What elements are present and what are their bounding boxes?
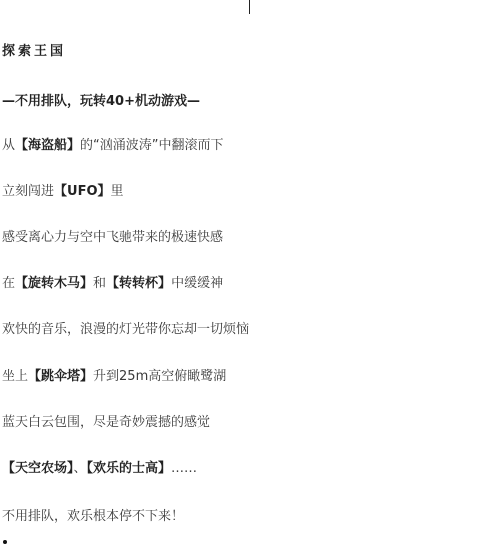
text: 的“汹涌波涛”中翻滚而下	[80, 138, 223, 153]
paragraph-line: 蓝天白云包围，尽是奇妙震撼的感觉	[2, 414, 210, 432]
attraction-name: 【海盗船】	[15, 138, 80, 153]
text: 感受离心力与空中飞驰带来的极速快感	[2, 230, 223, 245]
text-cursor	[249, 0, 250, 14]
text: 中缓缓神	[171, 276, 223, 291]
attraction-name: 【转转杯】	[106, 276, 171, 291]
text: 、	[74, 461, 87, 476]
text: 欢快的音乐，浪漫的灯光带你忘却一切烦恼	[2, 322, 249, 337]
attraction-name: 【旋转木马】	[15, 276, 93, 291]
text: 和	[93, 276, 106, 291]
attraction-name: 【天空农场】	[2, 461, 74, 476]
paragraph-line: 感受离心力与空中飞驰带来的极速快感	[2, 229, 223, 247]
paragraph-line: 从【海盗船】的“汹涌波涛”中翻滚而下	[2, 137, 224, 155]
attraction-name: 【欢乐的士高】	[87, 461, 172, 476]
attraction-name: 【跳伞塔】	[28, 369, 93, 384]
attraction-name: 【UFO】	[54, 184, 111, 199]
paragraph-line: 坐上【跳伞塔】升到25m高空俯瞰鹭湖	[2, 368, 226, 386]
bullet-point-icon	[3, 540, 7, 544]
paragraph-line: 在【旋转木马】和【转转杯】中缓缓神	[2, 275, 223, 293]
paragraph-line: 【天空农场】、【欢乐的士高】……	[2, 460, 197, 478]
text: 在	[2, 276, 15, 291]
doc-title: 探索王国	[2, 43, 66, 61]
text: ……	[171, 461, 197, 476]
paragraph-line: 欢快的音乐，浪漫的灯光带你忘却一切烦恼	[2, 321, 249, 339]
text: 里	[111, 184, 124, 199]
paragraph-line: 不用排队，欢乐根本停不下来！	[2, 508, 184, 526]
doc-subtitle: —不用排队，玩转40+机动游戏—	[2, 93, 200, 111]
text: 立刻闯进	[2, 184, 54, 199]
text: 升到25m高空俯瞰鹭湖	[93, 369, 226, 384]
text: 蓝天白云包围，尽是奇妙震撼的感觉	[2, 415, 210, 430]
text: 不用排队，欢乐根本停不下来！	[2, 509, 184, 524]
text: 坐上	[2, 369, 28, 384]
paragraph-line: 立刻闯进【UFO】里	[2, 183, 124, 201]
text: 从	[2, 138, 15, 153]
